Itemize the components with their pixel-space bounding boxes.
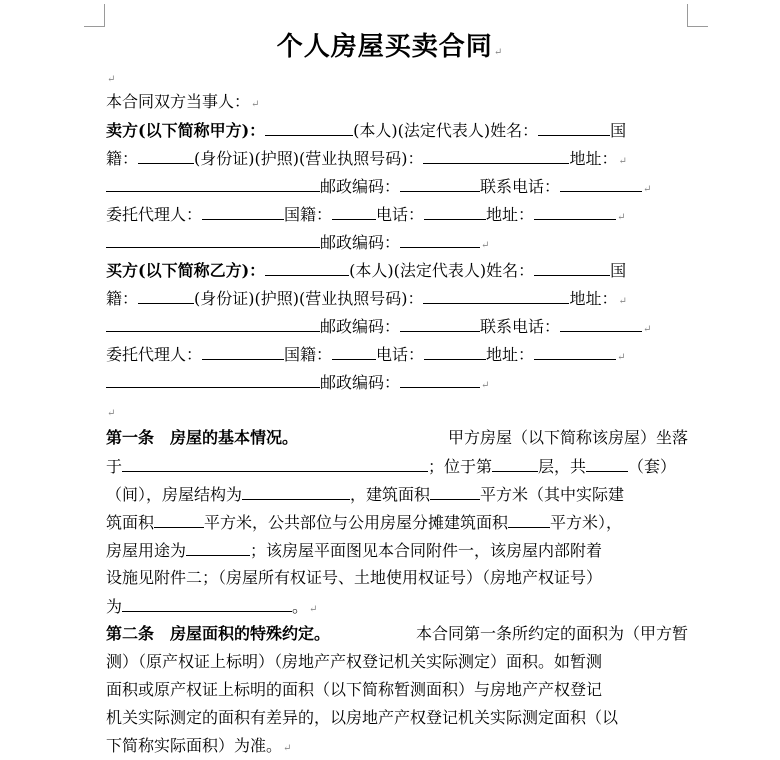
article2-heading: 第二条 房屋面积的特殊约定。 [106, 623, 330, 645]
paragraph-mark-icon: ↵ [617, 212, 625, 223]
buyer-name-label: (本人)(法定代表人)姓名： [349, 261, 534, 280]
article1-text: 设施见附件二；（房屋所有权证号、土地使用权证号）（房地产权证号） [106, 568, 602, 587]
seller-agent-address-label: 地址： [486, 205, 534, 224]
shared-area-blank[interactable] [508, 511, 550, 528]
buyer-line-1: 买方(以下简称乙方)：(本人)(法定代表人)姓名：国 [106, 259, 688, 281]
seller-agent-line-1: 委托代理人：国籍：电话：地址：↵ [106, 203, 688, 225]
seller-agent-address-cont-blank[interactable] [106, 231, 320, 248]
title-text: 个人房屋买卖合同 [277, 32, 493, 62]
seller-agent-postcode-blank[interactable] [400, 231, 480, 248]
buyer-agent-phone-blank[interactable] [424, 343, 486, 360]
empty-paragraph: ↵ [106, 66, 688, 88]
paragraph-mark-icon: ↵ [309, 604, 317, 615]
seller-address-blank[interactable] [106, 175, 320, 192]
article1-line-1: 第一条 房屋的基本情况。甲方房屋（以下简称该房屋）坐落 [106, 427, 688, 449]
paragraph-mark-icon: ↵ [617, 352, 625, 363]
article1-text: （套） [628, 457, 676, 476]
paragraph-mark-icon: ↵ [481, 240, 489, 251]
buyer-agent-address-blank[interactable] [534, 343, 616, 360]
intro-line: 本合同双方当事人：↵ [106, 91, 688, 113]
seller-line-1: 卖方(以下简称甲方)：(本人)(法定代表人)姓名：国 [106, 119, 688, 141]
buyer-agent-address-cont-blank[interactable] [106, 371, 320, 388]
nationality-label-start: 国 [610, 121, 626, 140]
usage-blank[interactable] [186, 539, 250, 556]
buyer-agent-nationality-blank[interactable] [332, 343, 376, 360]
buyer-postcode-label: 邮政编码： [320, 317, 400, 336]
buyer-line-2: 籍：(身份证)(护照)(营业执照号码)：地址：↵ [106, 287, 688, 309]
article1-heading: 第一条 房屋的基本情况。 [106, 427, 298, 449]
paragraph-mark-icon: ↵ [283, 743, 291, 754]
article1-text: 层，共 [538, 457, 586, 476]
seller-name-label: (本人)(法定代表人)姓名： [353, 121, 538, 140]
buyer-agent-label: 委托代理人： [106, 345, 202, 364]
seller-id-blank[interactable] [423, 147, 569, 164]
floor-blank[interactable] [492, 455, 538, 472]
buyer-address-label: 地址： [569, 289, 617, 308]
nationality-label-end: 籍： [106, 289, 138, 308]
article1-text: 于 [106, 457, 122, 476]
paragraph-mark-icon: ↵ [643, 184, 651, 195]
article1-text: ；该房屋平面图见本合同附件一，该房屋内部附着 [250, 541, 602, 560]
intro-text: 本合同双方当事人： [106, 92, 250, 111]
paragraph-mark-icon: ↵ [619, 296, 627, 307]
seller-address-label: 地址： [569, 149, 617, 168]
actual-area-blank[interactable] [154, 511, 204, 528]
paragraph-mark-icon: ↵ [107, 74, 115, 85]
buyer-agent-line-2: 邮政编码：↵ [106, 371, 688, 393]
article1-text: 。 [292, 597, 308, 616]
article1-line-5: 房屋用途为；该房屋平面图见本合同附件一，该房屋内部附着 [106, 539, 688, 561]
units-blank[interactable] [586, 455, 628, 472]
seller-agent-address-blank[interactable] [534, 203, 616, 220]
article2-line-3: 面积或原产权证上标明的面积（以下简称暂测面积）与房地产产权登记 [106, 679, 688, 701]
building-area-blank[interactable] [430, 483, 480, 500]
buyer-postcode-blank[interactable] [400, 315, 480, 332]
structure-blank[interactable] [242, 483, 350, 500]
location-blank[interactable] [122, 455, 428, 472]
article1-line-4: 筑面积平方米，公共部位与公用房屋分摊建筑面积平方米）， [106, 511, 688, 533]
article1-text: 甲方房屋（以下简称该房屋）坐落 [448, 427, 688, 449]
seller-agent-phone-label: 电话： [376, 205, 424, 224]
buyer-id-blank[interactable] [423, 287, 569, 304]
buyer-id-label: (身份证)(护照)(营业执照号码)： [194, 289, 423, 308]
paragraph-mark-icon: ↵ [107, 408, 115, 419]
nationality-label-start: 国 [610, 261, 626, 280]
article2-text: 测）（原产权证上标明）（房地产产权登记机关实际测定）面积。如暂测 [106, 652, 602, 671]
seller-agent-name-blank[interactable] [202, 203, 284, 220]
buyer-label: 买方(以下简称乙方)： [106, 261, 265, 280]
buyer-phone-label: 联系电话： [480, 317, 560, 336]
seller-id-label: (身份证)(护照)(营业执照号码)： [194, 149, 423, 168]
buyer-nationality-blank[interactable] [138, 287, 194, 304]
seller-agent-label: 委托代理人： [106, 205, 202, 224]
article1-text: 房屋用途为 [106, 541, 186, 560]
seller-agent-phone-blank[interactable] [424, 203, 486, 220]
article1-text: 平方米（其中实际建 [480, 485, 624, 504]
buyer-line-3: 邮政编码：联系电话：↵ [106, 315, 688, 337]
article1-text: ，建筑面积 [350, 485, 430, 504]
article2-text: 面积或原产权证上标明的面积（以下简称暂测面积）与房地产产权登记 [106, 680, 602, 699]
page-corner-mark-left [84, 4, 105, 27]
article1-text: （间），房屋结构为 [106, 485, 242, 504]
article2-text: 下简称实际面积）为准。 [106, 736, 282, 755]
article1-text: ；位于第 [428, 457, 492, 476]
buyer-agent-phone-label: 电话： [376, 345, 424, 364]
certificate-number-blank[interactable] [122, 595, 292, 612]
buyer-address-blank[interactable] [106, 315, 320, 332]
seller-agent-postcode-label: 邮政编码： [320, 233, 400, 252]
article2-line-1: 第二条 房屋面积的特殊约定。本合同第一条所约定的面积为（甲方暂 [106, 623, 688, 645]
seller-line-2: 籍：(身份证)(护照)(营业执照号码)：地址：↵ [106, 147, 688, 169]
seller-name-blank[interactable] [265, 119, 353, 136]
seller-phone-label: 联系电话： [480, 177, 560, 196]
buyer-rep-name-blank[interactable] [534, 259, 610, 276]
seller-agent-line-2: 邮政编码：↵ [106, 231, 688, 253]
paragraph-mark-icon: ↵ [494, 47, 503, 58]
buyer-agent-postcode-label: 邮政编码： [320, 373, 400, 392]
buyer-agent-line-1: 委托代理人：国籍：电话：地址：↵ [106, 343, 688, 365]
seller-nationality-blank[interactable] [138, 147, 194, 164]
article1-line-3: （间），房屋结构为，建筑面积平方米（其中实际建 [106, 483, 688, 505]
buyer-phone-blank[interactable] [560, 315, 642, 332]
nationality-label-end: 籍： [106, 149, 138, 168]
article2-line-4: 机关实际测定的面积有差异的，以房地产产权登记机关实际测定面积（以 [106, 707, 688, 729]
document-title: 个人房屋买卖合同↵ [0, 26, 780, 63]
empty-paragraph: ↵ [106, 400, 688, 422]
seller-label: 卖方(以下简称甲方)： [106, 121, 265, 140]
article1-line-2: 于；位于第层，共（套） [106, 455, 688, 477]
buyer-name-blank[interactable] [265, 259, 349, 276]
article1-text: 筑面积 [106, 513, 154, 532]
seller-rep-name-blank[interactable] [538, 119, 610, 136]
paragraph-mark-icon: ↵ [251, 99, 259, 110]
article2-text: 机关实际测定的面积有差异的，以房地产产权登记机关实际测定面积（以 [106, 708, 618, 727]
buyer-agent-address-label: 地址： [486, 345, 534, 364]
seller-agent-nationality-label: 国籍： [284, 205, 332, 224]
paragraph-mark-icon: ↵ [481, 380, 489, 391]
article1-text: 为 [106, 597, 122, 616]
seller-line-3: 邮政编码：联系电话：↵ [106, 175, 688, 197]
article1-line-7: 为。↵ [106, 595, 688, 617]
page-corner-mark-right [687, 4, 708, 27]
buyer-agent-name-blank[interactable] [202, 343, 284, 360]
article1-text: 平方米，公共部位与公用房屋分摊建筑面积 [204, 513, 508, 532]
seller-postcode-label: 邮政编码： [320, 177, 400, 196]
paragraph-mark-icon: ↵ [643, 324, 651, 335]
article1-text: 平方米）， [550, 513, 622, 532]
paragraph-mark-icon: ↵ [619, 156, 627, 167]
article2-line-5: 下简称实际面积）为准。↵ [106, 735, 688, 757]
article2-line-2: 测）（原产权证上标明）（房地产产权登记机关实际测定）面积。如暂测 [106, 651, 688, 673]
seller-phone-blank[interactable] [560, 175, 642, 192]
article2-text: 本合同第一条所约定的面积为（甲方暂 [416, 623, 688, 645]
buyer-agent-nationality-label: 国籍： [284, 345, 332, 364]
seller-postcode-blank[interactable] [400, 175, 480, 192]
seller-agent-nationality-blank[interactable] [332, 203, 376, 220]
buyer-agent-postcode-blank[interactable] [400, 371, 480, 388]
article1-line-6: 设施见附件二；（房屋所有权证号、土地使用权证号）（房地产权证号） [106, 567, 688, 589]
